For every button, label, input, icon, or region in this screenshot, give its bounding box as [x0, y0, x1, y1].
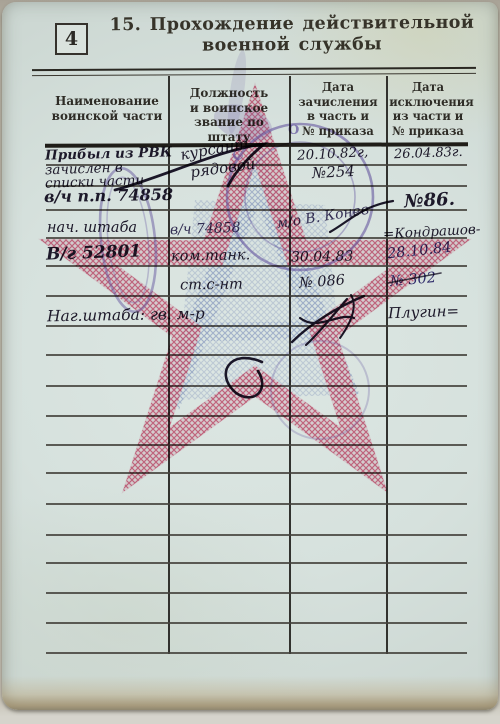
- handwritten-entry: 30.04.83: [291, 248, 354, 265]
- handwritten-entry: в/ч п.п. 74858: [44, 185, 173, 206]
- handwritten-entry: ст.с-нт: [180, 276, 243, 293]
- handwritten-entry: =Кондрашов-: [383, 221, 481, 242]
- handwritten-entry: в/ч 74858: [170, 220, 241, 238]
- handwritten-entry: нач. штаба: [47, 220, 137, 236]
- handwritten-entry: м/о В. Конев: [275, 202, 370, 232]
- handwritten-entry: № 086: [298, 272, 345, 291]
- handwritten-entry: В/г 52801: [46, 241, 142, 264]
- handwritten-entry: №86.: [403, 189, 455, 213]
- handwritten-entry: 26.04.83г.: [394, 145, 463, 162]
- handwritten-entry: №254: [312, 162, 356, 182]
- handwritten-entry: № 302: [389, 270, 436, 290]
- handwritten-entry: Плугин=: [388, 302, 460, 322]
- page-bottom-wear: [2, 676, 498, 710]
- handwriting-layer: Прибыл из РВКзачислен всписки частив/ч п…: [0, 0, 500, 724]
- handwritten-entry: Наг.штаба: гв. м-р: [47, 305, 205, 326]
- handwritten-entry: ком.танк.: [171, 247, 251, 264]
- handwritten-entry: 28.10.84: [386, 240, 452, 263]
- handwritten-entry: 20.10.82г,: [297, 144, 369, 164]
